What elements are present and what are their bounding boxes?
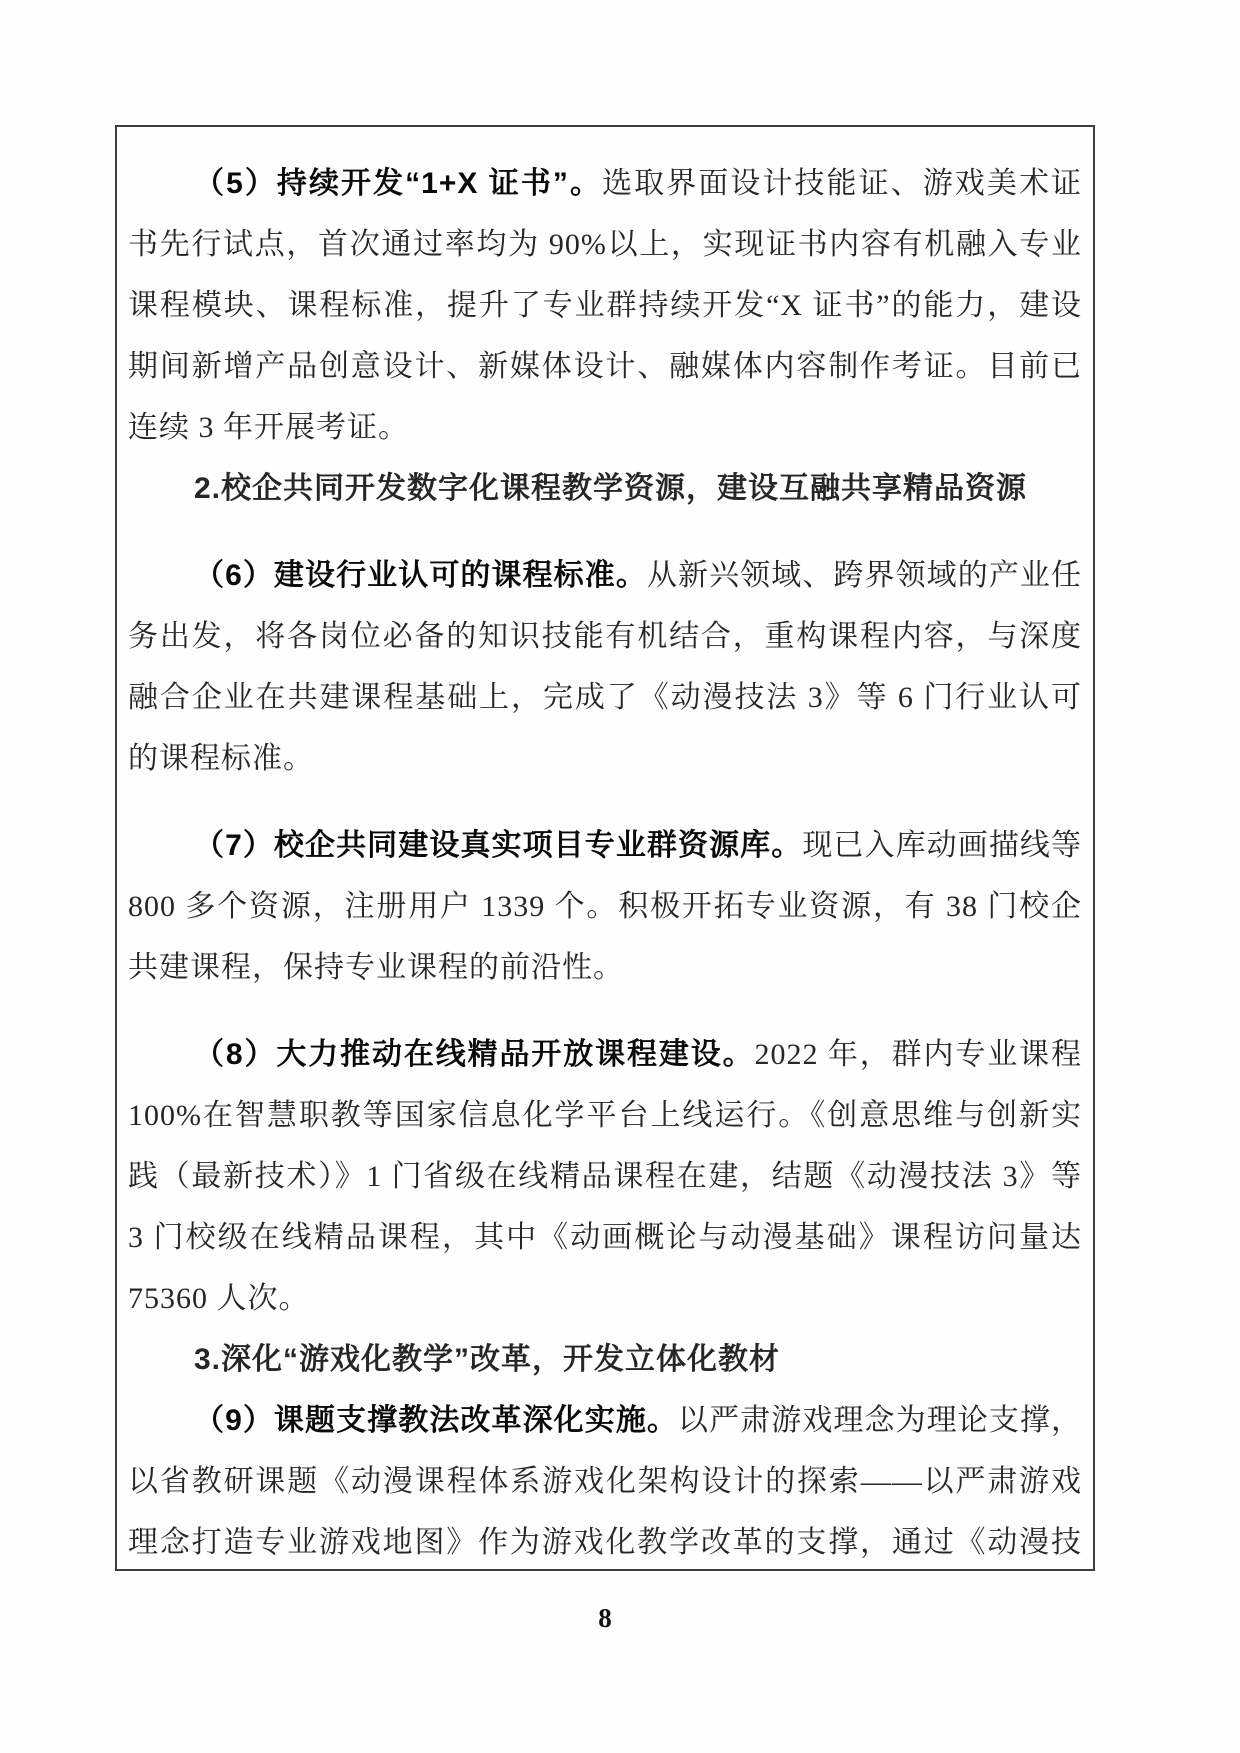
section-heading-2: 2.校企共同开发数字化课程教学资源，建设互融共享精品资源 xyxy=(128,458,1082,519)
section-heading-3: 3.深化“游戏化教学”改革，开发立体化教材 xyxy=(128,1329,1082,1390)
paragraph-5: （5）持续开发“1+X 证书”。选取界面设计技能证、游戏美术证书先行试点，首次通… xyxy=(128,153,1082,458)
paragraph-8: （8）大力推动在线精品开放课程建设。2022 年，群内专业课程 100%在智慧职… xyxy=(128,1024,1082,1329)
paragraph-8-body: 2022 年，群内专业课程 100%在智慧职教等国家信息化学平台上线运行。《创意… xyxy=(128,1038,1082,1315)
paragraph-6: （6）建设行业认可的课程标准。从新兴领域、跨界领域的产业任务出发，将各岗位必备的… xyxy=(128,545,1082,789)
paragraph-5-body: 选取界面设计技能证、游戏美术证书先行试点，首次通过率均为 90%以上，实现证书内… xyxy=(128,167,1082,444)
page-number: 8 xyxy=(115,1603,1095,1634)
paragraph-7-lead: （7）校企共同建设真实项目专业群资源库。 xyxy=(194,829,802,862)
paragraph-6-lead: （6）建设行业认可的课程标准。 xyxy=(194,559,647,592)
paragraph-5-lead: （5）持续开发“1+X 证书”。 xyxy=(194,167,602,200)
report-page: （5）持续开发“1+X 证书”。选取界面设计技能证、游戏美术证书先行试点，首次通… xyxy=(0,0,1240,1753)
paragraph-9-lead: （9）课题支撑教法改革深化实施。 xyxy=(194,1404,678,1437)
content-border-box: （5）持续开发“1+X 证书”。选取界面设计技能证、游戏美术证书先行试点，首次通… xyxy=(115,125,1095,1571)
paragraph-7: （7）校企共同建设真实项目专业群资源库。现已入库动画描线等 800 多个资源，注… xyxy=(128,815,1082,998)
paragraph-8-lead: （8）大力推动在线精品开放课程建设。 xyxy=(194,1038,754,1071)
paragraph-9: （9）课题支撑教法改革深化实施。以严肃游戏理念为理论支撑，以省教研课题《动漫课程… xyxy=(128,1390,1082,1571)
